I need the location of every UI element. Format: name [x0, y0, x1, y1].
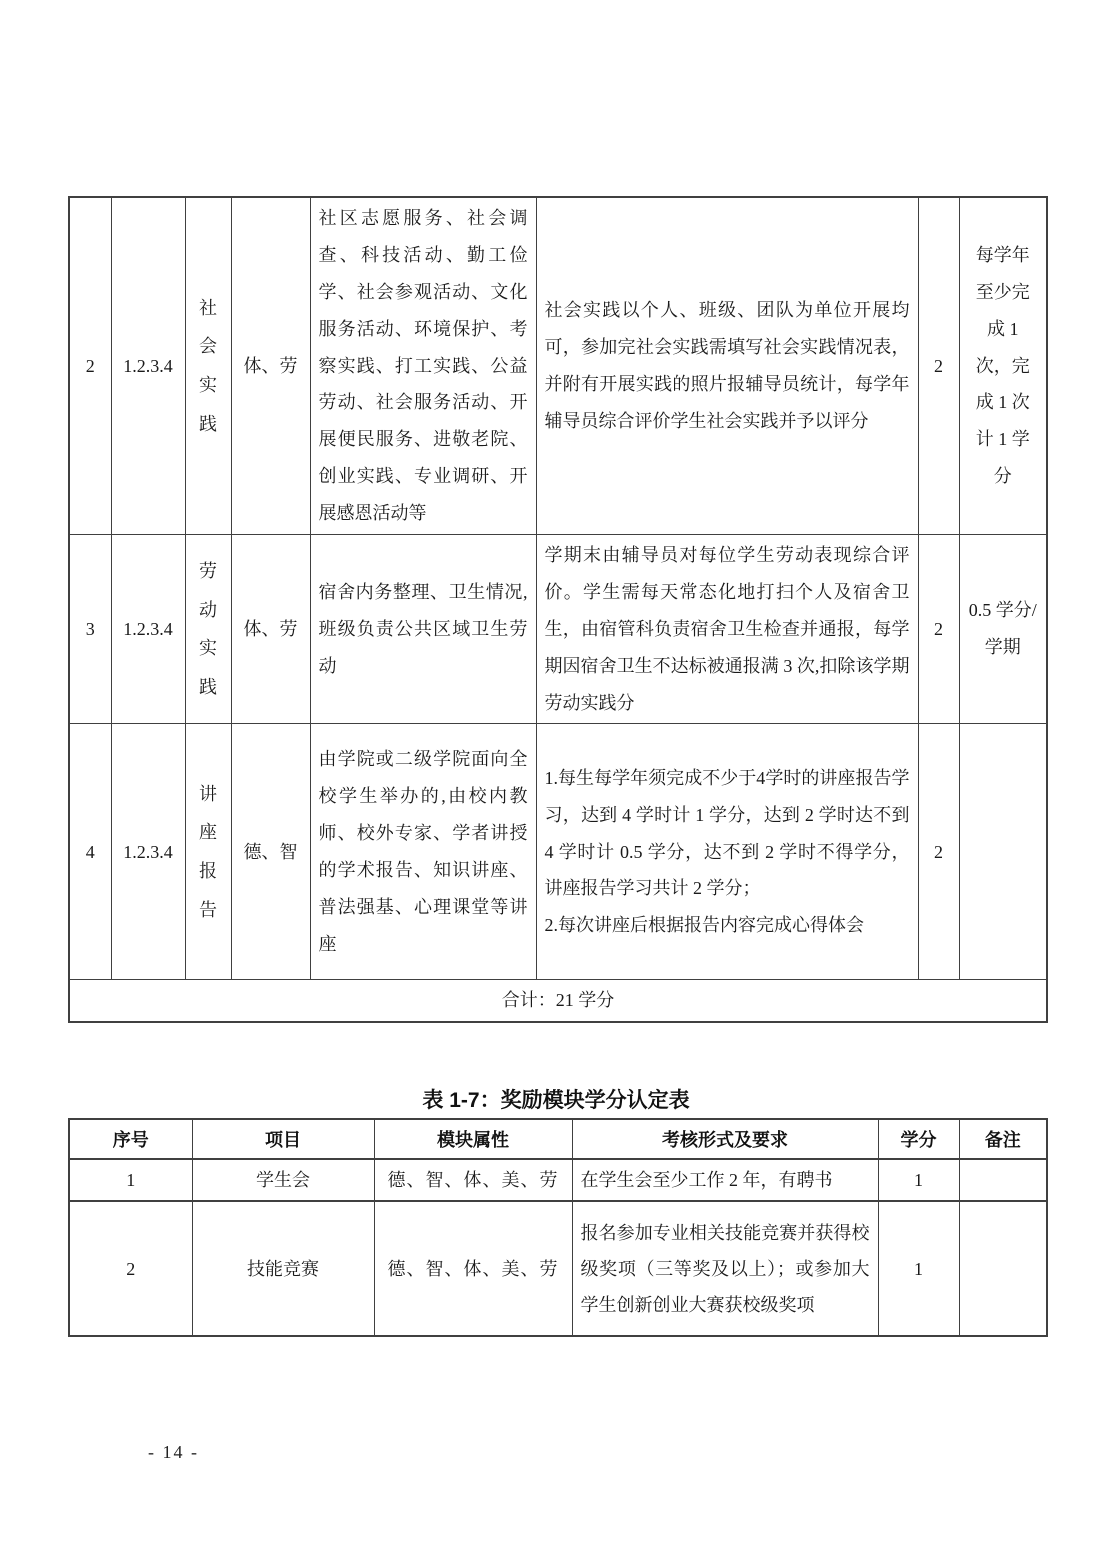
- reward-credit-table: 序号 项目 模块属性 考核形式及要求 学分 备注 1 学生会 德、智、体、美、劳…: [68, 1118, 1048, 1337]
- table-row: 3 1.2.3.4 劳动实践 体、劳 宿舍内务整理、卫生情况,班级负责公共区域卫…: [69, 535, 1047, 724]
- col-header-requirement: 考核形式及要求: [572, 1119, 878, 1159]
- row-credit: 1: [878, 1159, 959, 1201]
- row-attributes: 德、智、体、美、劳: [374, 1159, 572, 1201]
- row-content: 社区志愿服务、社会调查、科技活动、勤工俭学、社会参观活动、文化服务活动、环境保护…: [310, 197, 536, 535]
- col-header-credit: 学分: [878, 1119, 959, 1159]
- page-number: - 14 -: [148, 1442, 199, 1463]
- assessment-line: 2.每次讲座后根据报告内容完成心得体会: [545, 907, 910, 944]
- row-content: 宿舍内务整理、卫生情况,班级负责公共区域卫生劳动: [310, 535, 536, 724]
- col-header-no: 序号: [69, 1119, 192, 1159]
- row-no: 2: [69, 1201, 192, 1336]
- col-header-remark: 备注: [959, 1119, 1047, 1159]
- row-requirement: 在学生会至少工作 2 年，有聘书: [572, 1159, 878, 1201]
- row-assessment: 社会实践以个人、班级、团队为单位开展均可，参加完社会实践需填写社会实践情况表，并…: [536, 197, 918, 535]
- row-attributes: 德、智: [231, 724, 310, 980]
- row-name-cell: 社会实践: [185, 197, 231, 535]
- row-credit: 2: [918, 535, 959, 724]
- table-row: 2 1.2.3.4 社会实践 体、劳 社区志愿服务、社会调查、科技活动、勤工俭学…: [69, 197, 1047, 535]
- row-no: 2: [69, 197, 111, 535]
- row-remark: [959, 724, 1047, 980]
- row-credit: 1: [878, 1201, 959, 1336]
- row-assessment: 学期末由辅导员对每位学生劳动表现综合评价。学生需每天常态化地打扫个人及宿舍卫生，…: [536, 535, 918, 724]
- row-name-cell: 讲座报告: [185, 724, 231, 980]
- practice-credit-table: 2 1.2.3.4 社会实践 体、劳 社区志愿服务、社会调查、科技活动、勤工俭学…: [68, 196, 1048, 1023]
- row-no: 3: [69, 535, 111, 724]
- row-name: 社会实践: [197, 289, 219, 444]
- header-row: 序号 项目 模块属性 考核形式及要求 学分 备注: [69, 1119, 1047, 1159]
- total-credits: 合计：21 学分: [69, 980, 1047, 1022]
- row-code: 1.2.3.4: [111, 197, 185, 535]
- row-code: 1.2.3.4: [111, 535, 185, 724]
- row-requirement: 报名参加专业相关技能竞赛并获得校级奖项（三等奖及以上）；或参加大学生创新创业大赛…: [572, 1201, 878, 1336]
- row-credit: 2: [918, 197, 959, 535]
- row-remark: [959, 1201, 1047, 1336]
- col-header-attributes: 模块属性: [374, 1119, 572, 1159]
- row-code: 1.2.3.4: [111, 724, 185, 980]
- row-remark: [959, 1159, 1047, 1201]
- row-no: 4: [69, 724, 111, 980]
- table-row: 2 技能竞赛 德、智、体、美、劳 报名参加专业相关技能竞赛并获得校级奖项（三等奖…: [69, 1201, 1047, 1336]
- col-header-project: 项目: [192, 1119, 374, 1159]
- row-content: 由学院或二级学院面向全校学生举办的,由校内教师、校外专家、学者讲授的学术报告、知…: [310, 724, 536, 980]
- row-remark: 每学年至少完成 1 次，完成 1 次计 1 学分: [959, 197, 1047, 535]
- row-no: 1: [69, 1159, 192, 1201]
- table-row: 1 学生会 德、智、体、美、劳 在学生会至少工作 2 年，有聘书 1: [69, 1159, 1047, 1201]
- row-credit: 2: [918, 724, 959, 980]
- row-attributes: 体、劳: [231, 197, 310, 535]
- row-project: 技能竞赛: [192, 1201, 374, 1336]
- row-name-cell: 劳动实践: [185, 535, 231, 724]
- row-attributes: 体、劳: [231, 535, 310, 724]
- row-project: 学生会: [192, 1159, 374, 1201]
- row-name: 讲座报告: [197, 775, 219, 930]
- row-assessment: 1.每生每学年须完成不少于4学时的讲座报告学习，达到 4 学时计 1 学分，达到…: [536, 724, 918, 980]
- table-title: 表 1-7：奖励模块学分认定表: [0, 1084, 1102, 1114]
- row-name: 劳动实践: [197, 552, 219, 707]
- document-page: { "table1": { "rows": [ { "no": "2", "co…: [0, 0, 1102, 1559]
- row-attributes: 德、智、体、美、劳: [374, 1201, 572, 1336]
- total-row: 合计：21 学分: [69, 980, 1047, 1022]
- table-row: 4 1.2.3.4 讲座报告 德、智 由学院或二级学院面向全校学生举办的,由校内…: [69, 724, 1047, 980]
- row-remark: 0.5 学分/学期: [959, 535, 1047, 724]
- assessment-line: 1.每生每学年须完成不少于4学时的讲座报告学习，达到 4 学时计 1 学分，达到…: [545, 760, 910, 908]
